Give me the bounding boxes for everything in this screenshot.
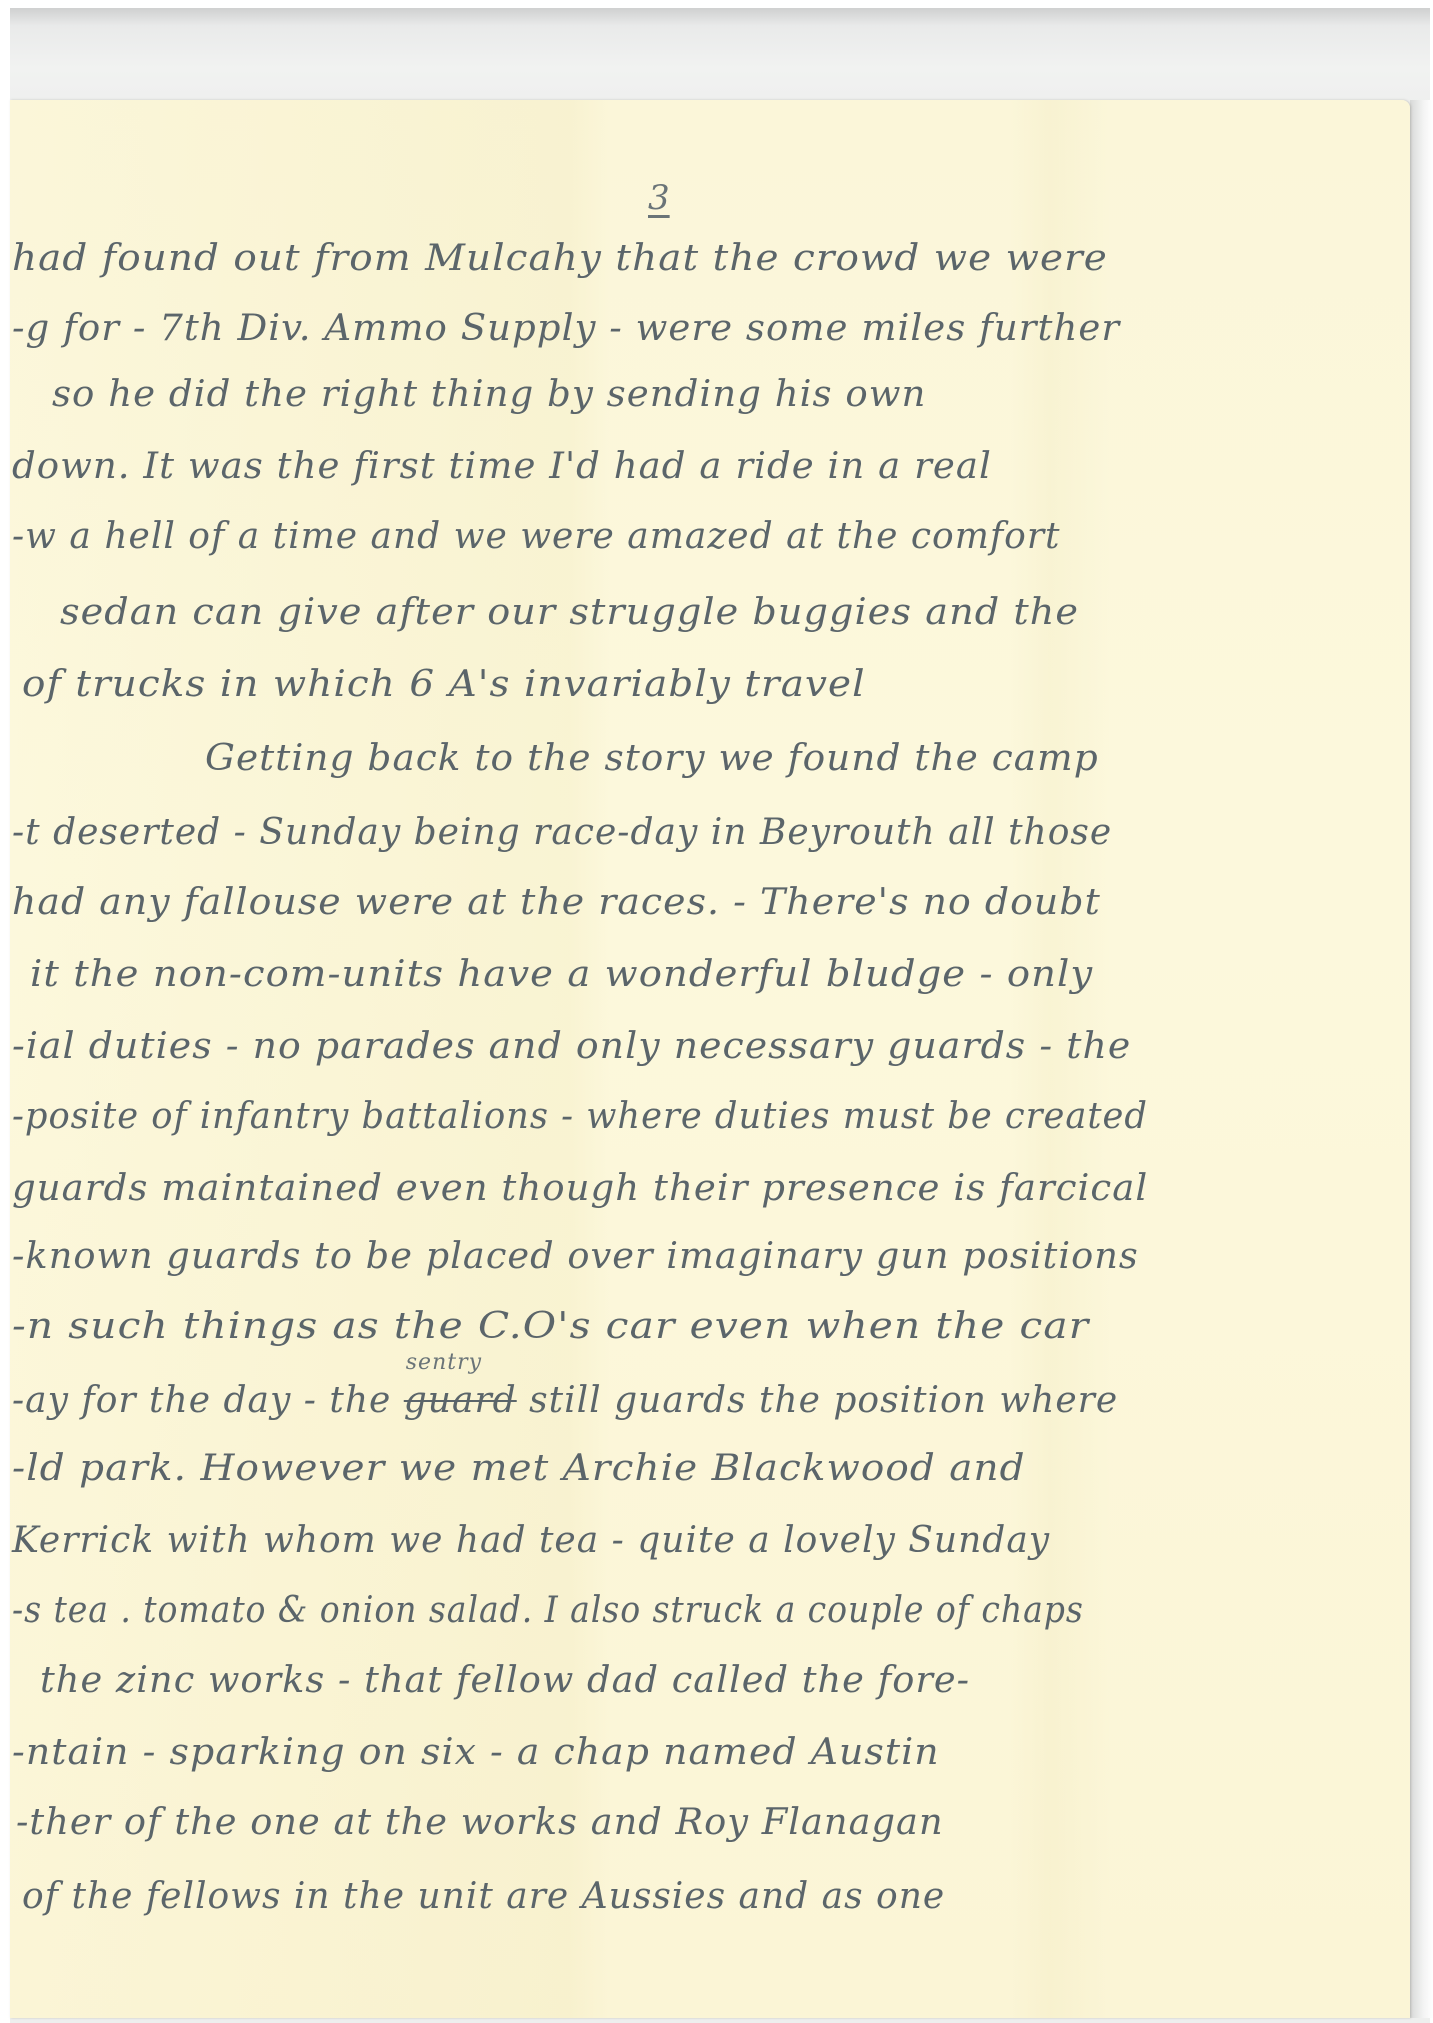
letter-line-24: of the fellows in the unit are Aussies a… xyxy=(22,1876,945,1917)
page-number: 3 xyxy=(648,178,670,218)
letter-line-17: -ay for the day - the sentryguard still … xyxy=(12,1380,1118,1421)
letter-line-5: -w a hell of a time and we were amazed a… xyxy=(12,516,1061,557)
letter-line-8: Getting back to the story we found the c… xyxy=(205,738,1099,779)
letter-line-17-after: still guards the position where xyxy=(517,1380,1118,1421)
letter-line-15: -known guards to be placed over imaginar… xyxy=(12,1236,1139,1277)
letter-line-3: so he did the right thing by sending his… xyxy=(52,374,926,415)
letter-line-21: the zinc works - that fellow dad called … xyxy=(40,1660,970,1701)
letter-line-20: -s tea . tomato & onion salad. I also st… xyxy=(12,1590,1084,1631)
letter-line-23: -ther of the one at the works and Roy Fl… xyxy=(16,1802,944,1843)
letter-line-4: down. It was the first time I'd had a ri… xyxy=(12,446,992,487)
letter-line-1: had found out from Mulcahy that the crow… xyxy=(12,238,1108,279)
letter-line-7: of trucks in which 6 A's invariably trav… xyxy=(22,664,866,705)
scanner-backing-edge xyxy=(1410,100,1433,2018)
letter-line-17-before: -ay for the day - the xyxy=(12,1380,404,1421)
letter-line-13: -posite of infantry battalions - where d… xyxy=(12,1096,1148,1137)
letter-line-19: Kerrick with whom we had tea - quite a l… xyxy=(12,1520,1050,1561)
letter-line-6: sedan can give after our struggle buggie… xyxy=(60,592,1079,633)
letter-line-2: -g for - 7th Div. Ammo Supply - were som… xyxy=(12,308,1120,349)
letter-line-12: -ial duties - no parades and only necess… xyxy=(12,1026,1131,1067)
inserted-word: sentry xyxy=(406,1350,482,1375)
letter-line-14: guards maintained even though their pres… xyxy=(12,1168,1148,1209)
letter-line-16: -n such things as the C.O's car even whe… xyxy=(12,1306,1089,1347)
correction: sentryguard xyxy=(404,1380,517,1421)
letter-line-9: -t deserted - Sunday being race-day in B… xyxy=(12,812,1112,853)
letter-line-18: -ld park. However we met Archie Blackwoo… xyxy=(12,1448,1026,1489)
letter-line-22: -ntain - sparking on six - a chap named … xyxy=(12,1732,940,1773)
letter-line-10: had any fallouse were at the races. - Th… xyxy=(12,882,1101,923)
struck-word: guard xyxy=(404,1380,517,1421)
letter-line-11: it the non-com-units have a wonderful bl… xyxy=(30,954,1093,995)
